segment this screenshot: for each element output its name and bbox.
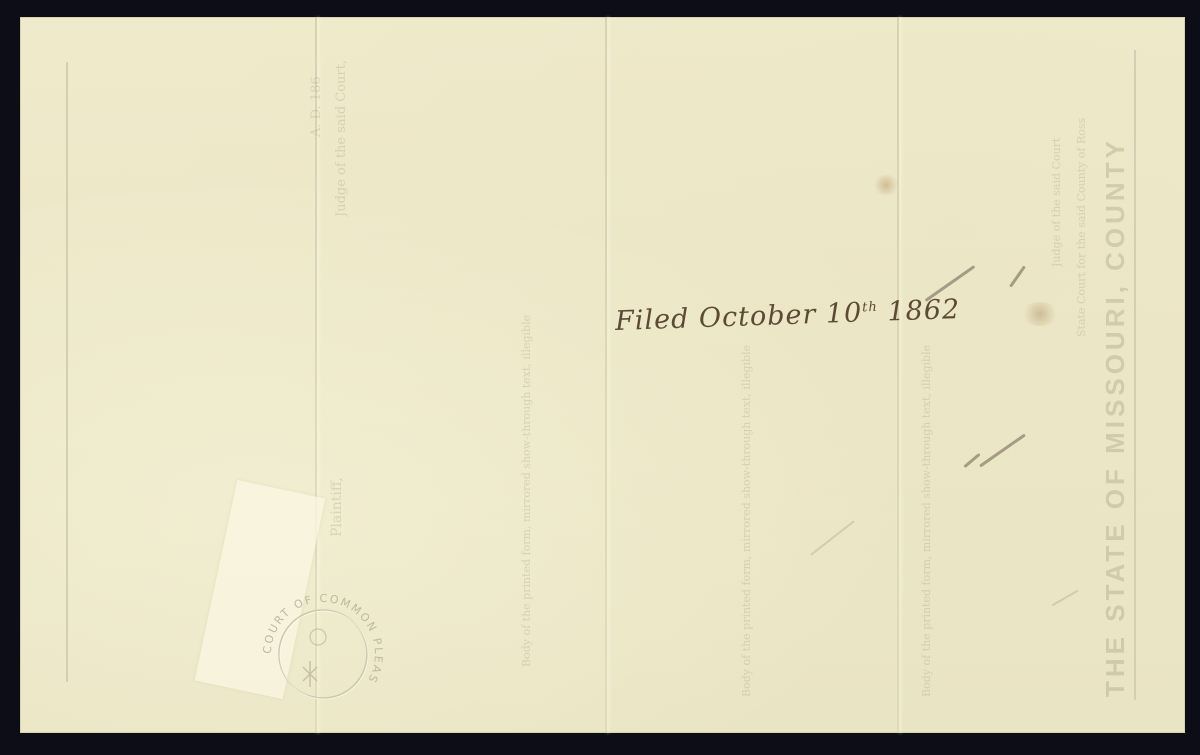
- show-through-subtitle: Judge of the said Court: [1050, 87, 1064, 267]
- filed-date-docket: Filed October 10th 1862: [615, 294, 961, 337]
- show-through-left-line-3: Plaintiff,: [330, 457, 344, 537]
- docket-year: 1862: [887, 294, 961, 328]
- docket-ordinal: th: [862, 300, 878, 316]
- stain: [872, 175, 900, 195]
- show-through-body-middle: Body of the printed form, mirrored show-…: [520, 77, 610, 667]
- embossed-seal: COURT OF COMMON PLEAS: [258, 589, 388, 719]
- show-through-title: THE STATE OF MISSOURI, COUNTY: [1100, 137, 1131, 697]
- show-through-right-line: State Court for the said County of Ross: [1075, 77, 1089, 337]
- left-margin-rule: [66, 62, 68, 682]
- show-through-body-far-right: Body of the printed form, mirrored show-…: [920, 57, 1040, 697]
- show-through-left-line-2: A. D. 186: [310, 57, 324, 137]
- stain: [1020, 302, 1060, 326]
- svg-text:COURT OF COMMON PLEAS: COURT OF COMMON PLEAS: [261, 592, 385, 686]
- fold-line-3: [897, 17, 899, 733]
- document-paper: THE STATE OF MISSOURI, COUNTY Judge of t…: [20, 17, 1185, 733]
- ink-stroke: [1052, 590, 1079, 607]
- right-margin-rule: [1134, 50, 1136, 700]
- show-through-left-line-1: Judge of the said Court,: [335, 47, 349, 217]
- seal-icon: COURT OF COMMON PLEAS: [258, 589, 388, 719]
- show-through-body-right: Body of the printed form, mirrored show-…: [740, 57, 880, 697]
